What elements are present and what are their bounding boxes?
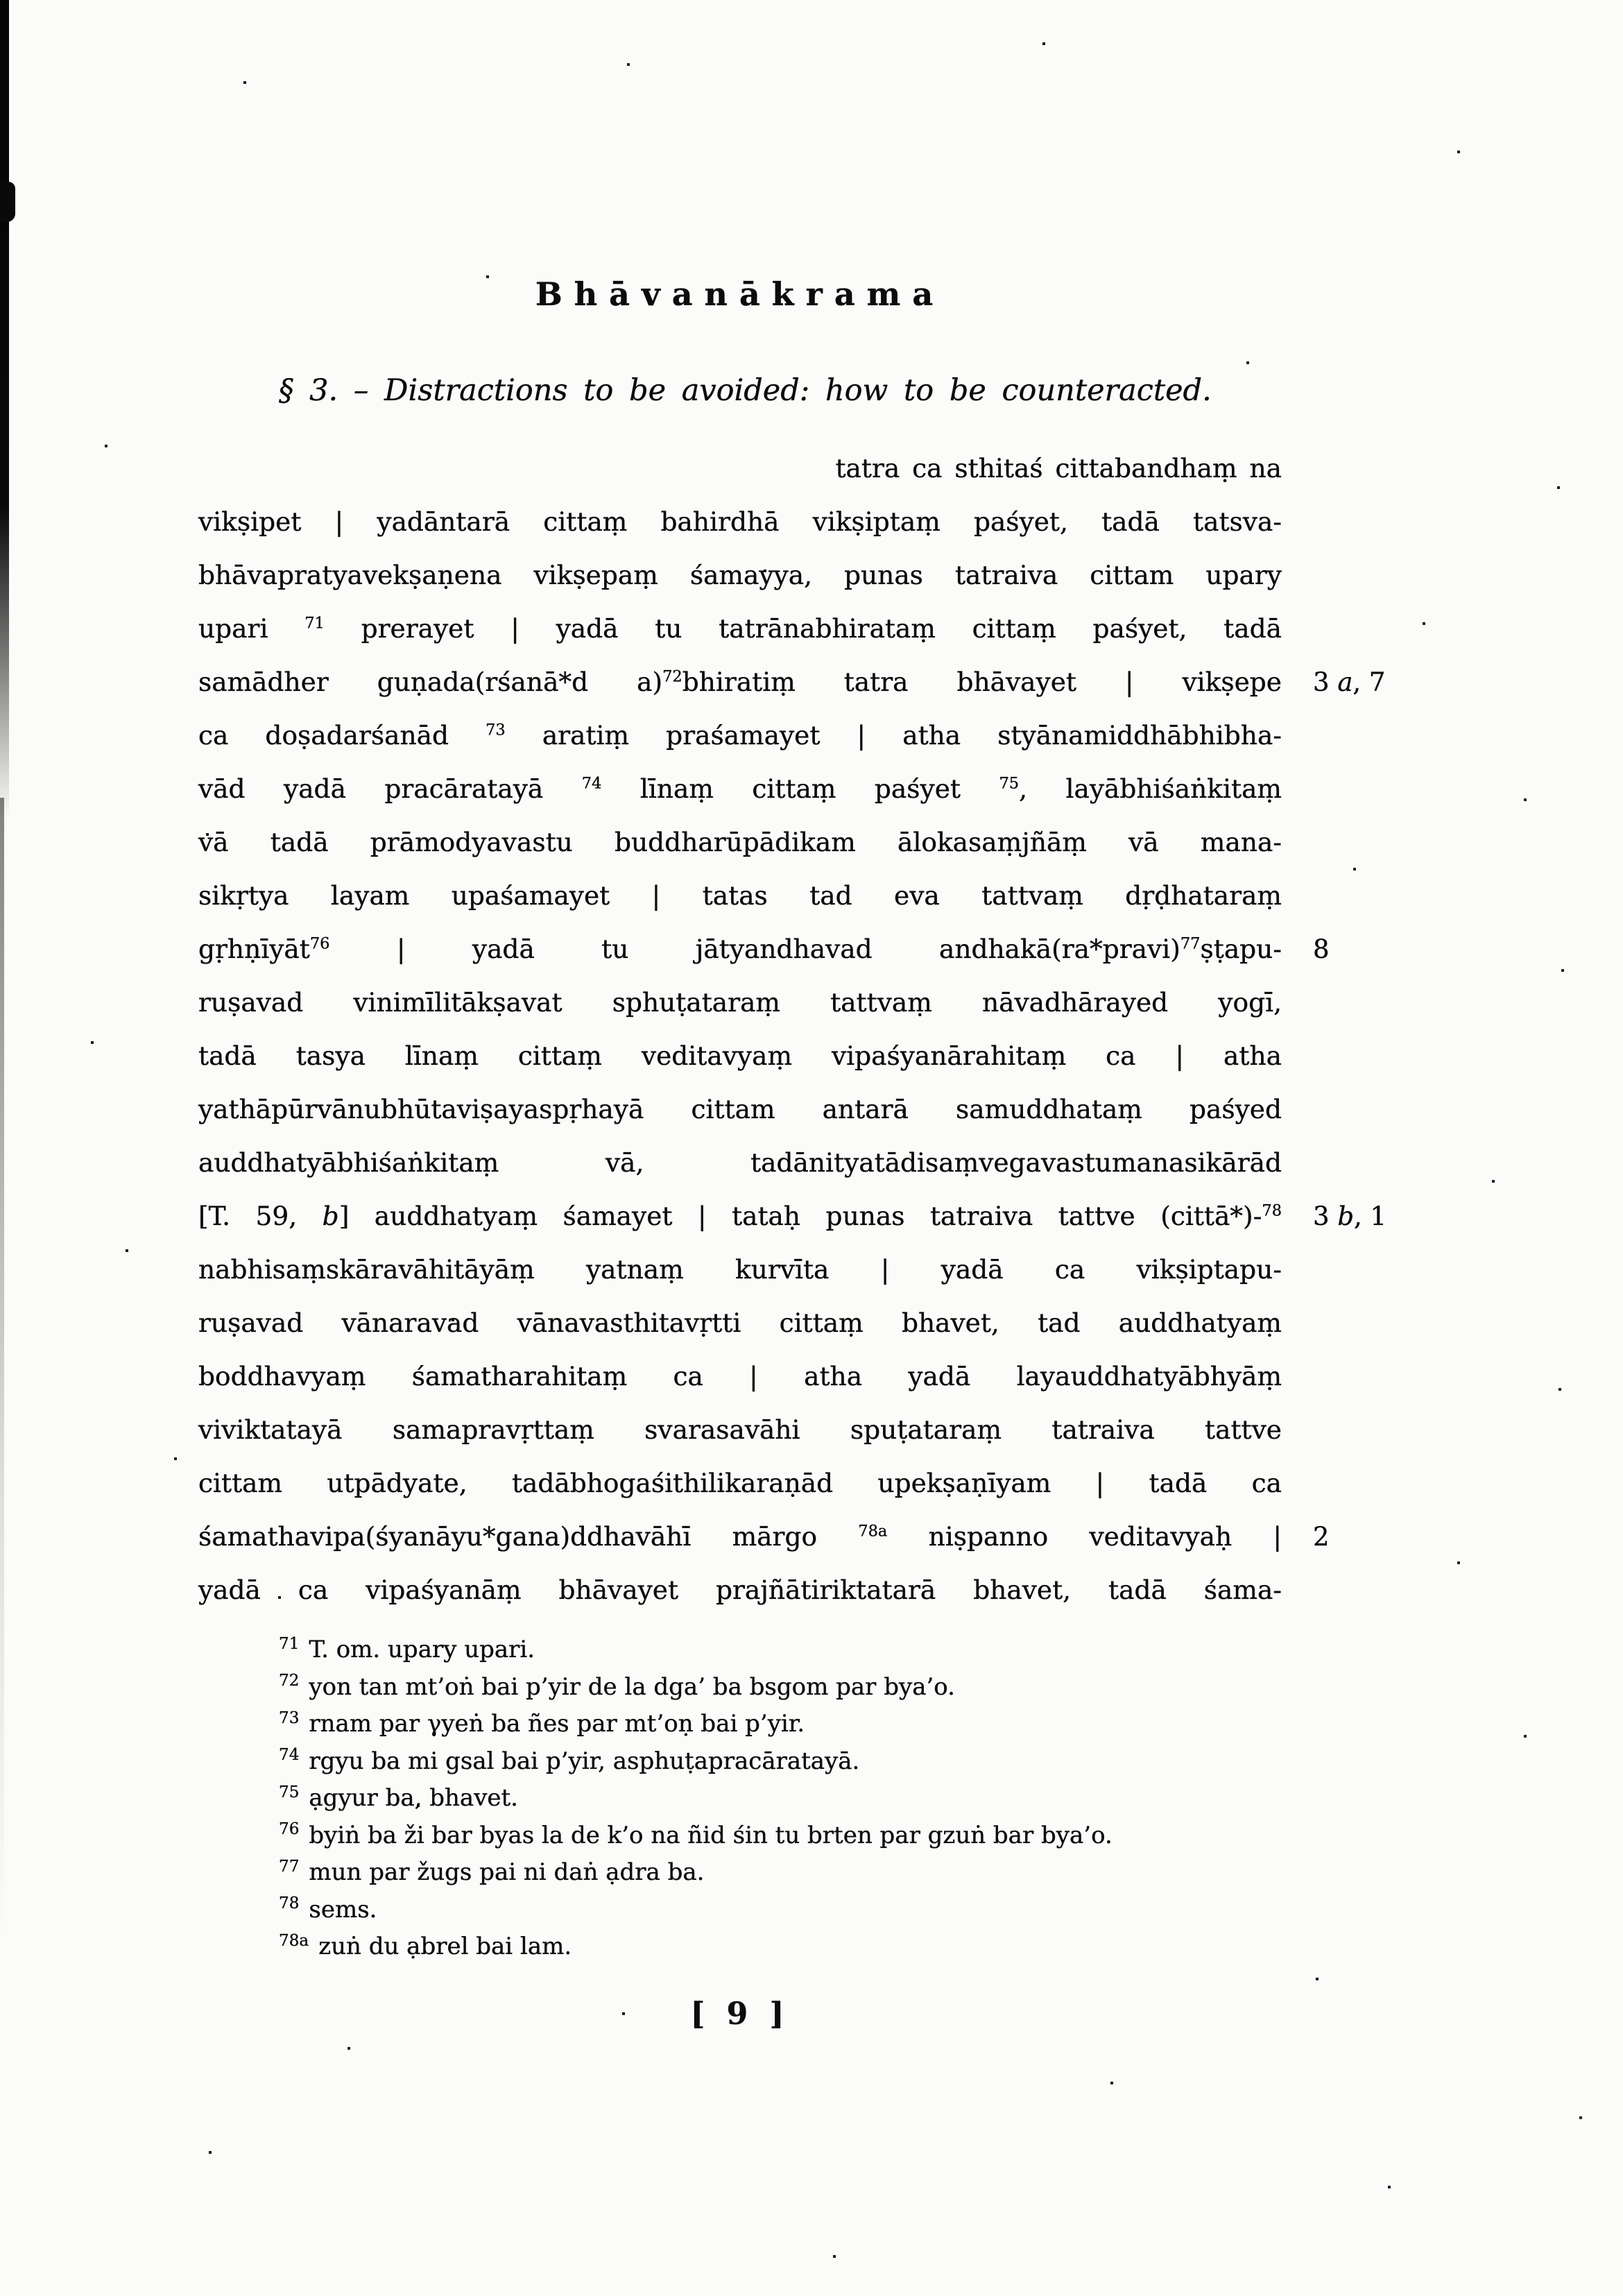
text-run: prerayet | yadā tu tatrānabhirataṃ citta… [325,613,1282,644]
text-run: līnaṃ cittaṃ paśyet [601,773,999,804]
footnote-text: ạgyur ba, bhavet. [309,1784,518,1812]
body-line: yadā ca vipaśyanāṃ bhāvayet prajñātirikt… [198,1563,1282,1617]
footnote: 77mun par žugs pai ni daṅ ạdra ba. [279,1854,1319,1892]
body-line: nabhisaṃskāravāhitāyāṃ yatnaṃ kurvīta | … [198,1243,1282,1296]
text-run: 8 [1313,934,1330,964]
footnote-text: rgyu ba mi gsal bai p’yir, asphuṭapracār… [309,1747,859,1775]
footnote: 75ạgyur ba, bhavet. [279,1780,1319,1817]
text-run: , layābhiśaṅkitaṃ [1019,773,1282,804]
text-run: vikṣipet | yadāntarā cittaṃ bahirdhā vik… [198,506,1282,537]
text-run: ruṣavad vinimīlitākṣavat sphuṭataraṃ tat… [198,987,1282,1018]
footnote-text: yon tan mt’oṅ bai p’yir de la dga’ ba bs… [309,1673,955,1701]
text-run: , 1 [1354,1201,1386,1231]
body-line: upari 71 prerayet | yadā tu tatrānabhira… [198,602,1282,656]
text-run: ] auddhatyaṃ śamayet | tataḥ punas tatra… [339,1201,1262,1231]
footnote-number: 77 [279,1858,299,1876]
body-line: [T. 59, b] auddhatyaṃ śamayet | tataḥ pu… [198,1190,1282,1243]
section-heading: § 3. – Distractions to be avoided: how t… [279,375,1285,407]
text-run: gṛhṇīyāt [198,934,310,964]
text-run: , 7 [1352,667,1385,697]
footnote-reference: 78a [858,1523,887,1541]
text-run: [T. 59, [198,1201,323,1231]
body-line: tadā tasya līnaṃ cittaṃ veditavyaṃ vipaś… [198,1029,1282,1083]
text-run: 2 [1313,1522,1330,1552]
footnote-text: byiṅ ba ži bar byas la de k’o na ñid śin… [309,1822,1112,1849]
scan-edge-artifact [0,182,15,222]
body-line: ca doṣadarśanād 73 aratiṃ praśamayet | a… [198,709,1282,762]
body-line: sikṛtya layam upaśamayet | tatas tad eva… [198,869,1282,923]
text-run: auddhatyābhiśaṅkitaṃ vā, tadānityatādisa… [198,1147,1282,1178]
body-line: viviktatayā samapravṛttaṃ svarasavāhi sp… [198,1403,1282,1457]
footnote-number: 72 [279,1672,299,1690]
footnote-number: 71 [279,1635,299,1653]
text-run: tadā tasya līnaṃ cittaṃ veditavyaṃ vipaś… [198,1040,1282,1071]
footnote-text: mun par žugs pai ni daṅ ạdra ba. [309,1858,704,1886]
footnote-reference: 75 [999,775,1019,793]
footnote: 78azuṅ du ạbrel bai lam. [279,1928,1319,1966]
text-run: boddhavyaṃ śamatharahitaṃ ca | atha yadā… [198,1361,1282,1391]
footnote-text: zuṅ du ạbrel bai lam. [318,1933,572,1960]
page-title: Bhāvanākrama [198,277,1282,312]
body-line: bhāvapratyavekṣaṇena vikṣepaṃ śamayya, p… [198,549,1282,602]
text-run: ṣṭapu- [1201,934,1282,964]
body-line: vikṣipet | yadāntarā cittaṃ bahirdhā vik… [198,495,1282,549]
footnote-reference: 76 [310,935,330,953]
footnote-number: 73 [279,1709,299,1727]
footnote-text: sems. [309,1896,377,1924]
italic-text: a [1337,667,1352,697]
text-run: bhāvapratyavekṣaṇena vikṣepaṃ śamayya, p… [198,560,1282,590]
italic-text: b [1337,1201,1354,1231]
text-run: | yadā tu jātyandhavad andhakā(ra*pravi) [329,934,1180,964]
text-run: yadā ca vipaśyanāṃ bhāvayet prajñātirikt… [198,1575,1282,1605]
text-run: 3 [1313,1201,1337,1231]
text-run: 3 [1313,667,1337,697]
footnote-reference: 73 [486,721,506,739]
body-line: yathāpūrvānubhūtaviṣayaspṛhayā cittam an… [198,1083,1282,1136]
text-run: tatra ca sthitaś cittabandhaṃ na [835,453,1282,483]
text-run: nabhisaṃskāravāhitāyāṃ yatnaṃ kurvīta | … [198,1254,1282,1285]
scan-edge-artifact [0,0,9,819]
text-run: sikṛtya layam upaśamayet | tatas tad eva… [198,880,1282,911]
body-line: vā tadā prāmodyavastu buddharūpādikam āl… [198,816,1282,869]
footnotes: 71T. om. upary upari.72yon tan mt’oṅ bai… [279,1631,1319,1966]
text-run: yathāpūrvānubhūtaviṣayaspṛhayā cittam an… [198,1094,1282,1124]
folio-margin-note: 8 [1313,923,1521,976]
text-run: ca doṣadarśanād [198,720,486,751]
body-line: ruṣavad vinimīlitākṣavat sphuṭataraṃ tat… [198,976,1282,1029]
text-run: ruṣavad vānaravad vānavasthitavṛtti citt… [198,1308,1282,1338]
page-number: [ 9 ] [198,1996,1282,2032]
footnote-number: 76 [279,1820,299,1838]
footnote-text: T. om. upary upari. [309,1636,535,1663]
folio-margin-note: 3 a, 7 [1313,656,1521,709]
text-run: niṣpanno veditavyaḥ | [887,1521,1282,1552]
body-text: tatra ca sthitaś cittabandhaṃ navikṣipet… [198,442,1282,1617]
body-line: auddhatyābhiśaṅkitaṃ vā, tadānityatādisa… [198,1136,1282,1190]
footnote: 78sems. [279,1892,1319,1929]
footnote-reference: 71 [304,615,325,633]
body-line: śamathavipa(śyanāyu*gana)ddhavāhī mārgo … [198,1510,1282,1563]
text-run: cittam utpādyate, tadābhogaśithilikaraṇā… [198,1468,1282,1498]
footnote-reference: 72 [662,668,682,686]
footnote-reference: 74 [582,775,602,793]
footnote-number: 78 [279,1894,299,1912]
footnote-number: 74 [279,1746,299,1764]
body-line: tatra ca sthitaś cittabandhaṃ na [198,442,1282,495]
book-page: Bhāvanākrama § 3. – Distractions to be a… [0,0,1623,2296]
footnote: 72yon tan mt’oṅ bai p’yir de la dga’ ba … [279,1669,1319,1706]
text-run: viviktatayā samapravṛttaṃ svarasavāhi sp… [198,1414,1282,1445]
footnote-text: rnam par γyeṅ ba ñes par mt’oṇ bai p’yir… [309,1710,805,1738]
footnote-number: 75 [279,1783,299,1801]
footnote: 73rnam par γyeṅ ba ñes par mt’oṇ bai p’y… [279,1706,1319,1743]
body-line: gṛhṇīyāt76 | yadā tu jātyandhavad andhak… [198,923,1282,976]
body-line: cittam utpādyate, tadābhogaśithilikaraṇā… [198,1457,1282,1510]
italic-text: b [323,1201,339,1231]
text-run: vā tadā prāmodyavastu buddharūpādikam āl… [198,827,1282,857]
body-line: vād yadā pracāratayā 74 līnaṃ cittaṃ paś… [198,762,1282,816]
footnote-reference: 77 [1180,935,1201,953]
text-run: samādher guṇada(rśanā*d a) [198,667,662,697]
folio-margin-note: 2 [1313,1510,1521,1563]
body-line: boddhavyaṃ śamatharahitaṃ ca | atha yadā… [198,1350,1282,1403]
footnote: 74rgyu ba mi gsal bai p’yir, asphuṭaprac… [279,1743,1319,1781]
footnote: 76byiṅ ba ži bar byas la de k’o na ñid ś… [279,1817,1319,1855]
scan-noise [0,0,1,1]
text-run: śamathavipa(śyanāyu*gana)ddhavāhī mārgo [198,1521,858,1552]
footnote: 71T. om. upary upari. [279,1631,1319,1669]
scan-edge-artifact [0,798,4,1942]
text-run: bhiratiṃ tatra bhāvayet | vikṣepe [682,667,1282,697]
body-line: ruṣavad vānaravad vānavasthitavṛtti citt… [198,1296,1282,1350]
footnote-reference: 78 [1262,1202,1282,1220]
folio-margin-note: 3 b, 1 [1313,1190,1521,1243]
body-line: samādher guṇada(rśanā*d a)72bhiratiṃ tat… [198,656,1282,709]
text-run: aratiṃ praśamayet | atha styānamiddhābhi… [506,720,1282,751]
footnote-number: 78a [279,1932,309,1950]
text-run: vād yadā pracāratayā [198,773,582,804]
text-run: upari [198,613,304,644]
